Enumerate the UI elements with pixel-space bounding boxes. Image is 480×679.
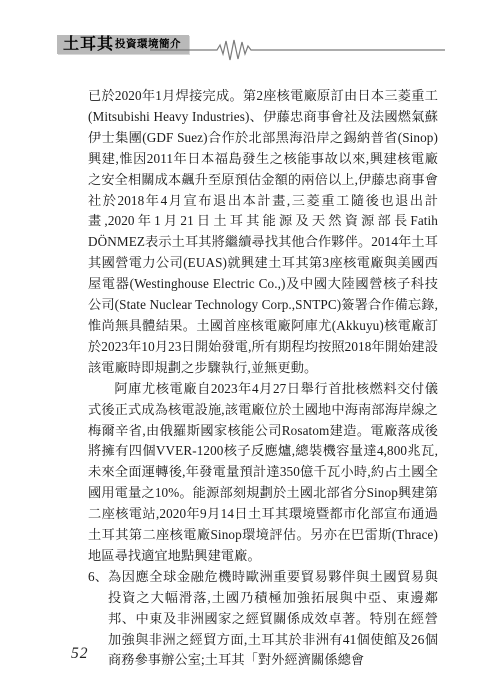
list-item-6-marker: 6、 xyxy=(88,567,108,672)
document-page: 土耳其 投資環境簡介 已於2020年1月焊接完成。第2座核電廠原訂由日本三菱重工… xyxy=(0,0,480,679)
list-item-6: 6、 為因應全球金融危機時歐洲重要貿易夥伴與土國貿易與投資之大幅滑落,土國乃積極… xyxy=(88,567,438,672)
chapter-title-main: 土耳其 xyxy=(63,37,114,53)
page-header: 土耳其 投資環境簡介 xyxy=(0,0,480,70)
list-item-6-text: 為因應全球金融危機時歐洲重要貿易夥伴與土國貿易與投資之大幅滑落,土國乃積極加強拓… xyxy=(108,567,438,672)
paragraph-nuclear-plants: 已於2020年1月焊接完成。第2座核電廠原訂由日本三菱重工(Mitsubishi… xyxy=(88,86,438,379)
paragraph-akkuyu: 阿庫尤核電廠自2023年4月27日舉行首批核燃料交付儀式後正式成為核電設施,該電… xyxy=(88,379,438,567)
seismograph-divider-icon xyxy=(150,38,445,64)
main-text-block: 已於2020年1月焊接完成。第2座核電廠原訂由日本三菱重工(Mitsubishi… xyxy=(88,86,438,671)
page-number: 52 xyxy=(71,645,89,663)
